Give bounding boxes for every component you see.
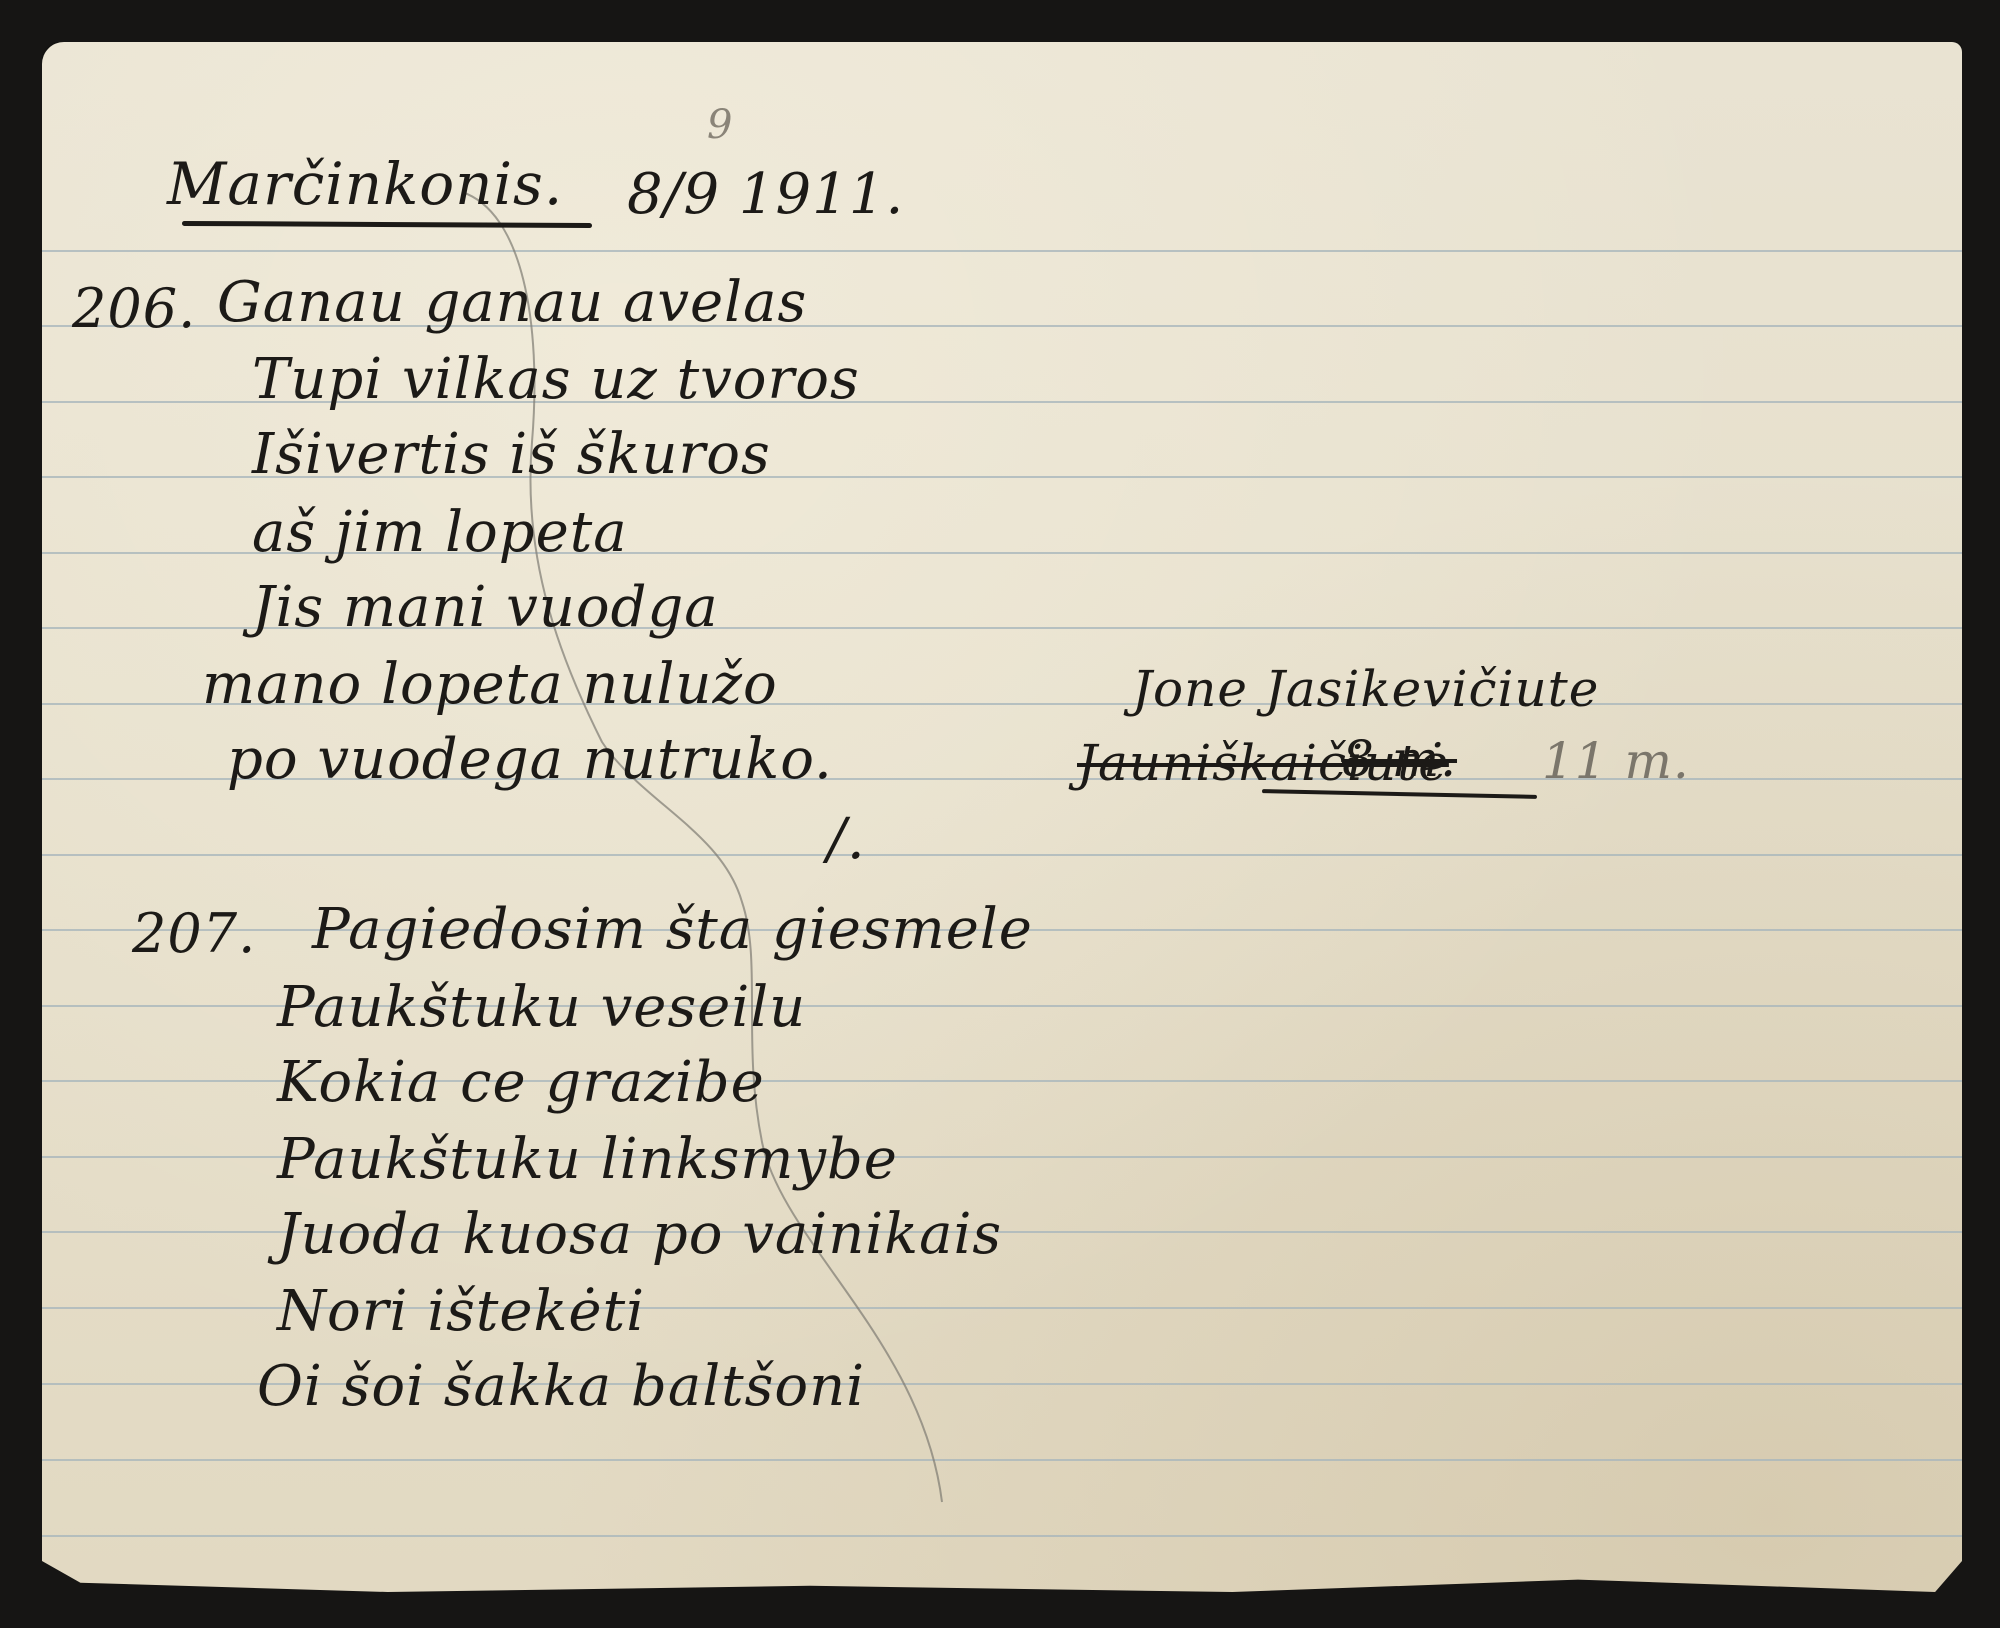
song-line: Išivertis iš škuros	[252, 422, 771, 487]
song-line: Oi šoi šakka baltšoni	[257, 1354, 865, 1419]
song-line: Tupi vilkas uz tvoros	[252, 347, 860, 412]
song-line: Nori ištekėti	[277, 1279, 645, 1344]
manuscript-page: Marčinkonis. 9 8/9 1911. 206. Ganau gana…	[42, 42, 1962, 1592]
song-line: Kokia ce grazibe	[277, 1050, 765, 1115]
place-heading: Marčinkonis.	[167, 150, 563, 218]
date-heading: 8/9 1911.	[627, 162, 904, 227]
ruled-line	[42, 1459, 1962, 1461]
singer-age: 11 m.	[1542, 732, 1690, 790]
song-line: Paukštuku linksmybe	[277, 1127, 898, 1192]
struck-age: 8 m.	[1342, 730, 1457, 788]
song-number: 207.	[132, 902, 256, 965]
song-end-mark: /.	[827, 807, 866, 872]
song-line: aš jim lopeta	[252, 500, 628, 565]
ruled-line	[42, 250, 1962, 252]
ruled-line	[42, 1535, 1962, 1537]
song-line: Pagiedosim šta giesmele	[312, 897, 1033, 962]
date-correction: 9	[707, 102, 732, 148]
song-line: po vuodega nutruko.	[227, 727, 833, 792]
song-number: 206.	[72, 277, 196, 340]
ruled-line	[42, 854, 1962, 856]
song-line: Juoda kuosa po vainikais	[277, 1202, 1002, 1267]
song-line: Paukštuku veseilu	[277, 975, 806, 1040]
song-line: mano lopeta nulužo	[202, 652, 778, 717]
singer-name: Jone Jasikevičiute	[1132, 660, 1599, 718]
song-line: Jis mani vuodga	[252, 575, 719, 640]
song-line: Ganau ganau avelas	[217, 270, 807, 335]
heading-underline	[182, 221, 592, 228]
